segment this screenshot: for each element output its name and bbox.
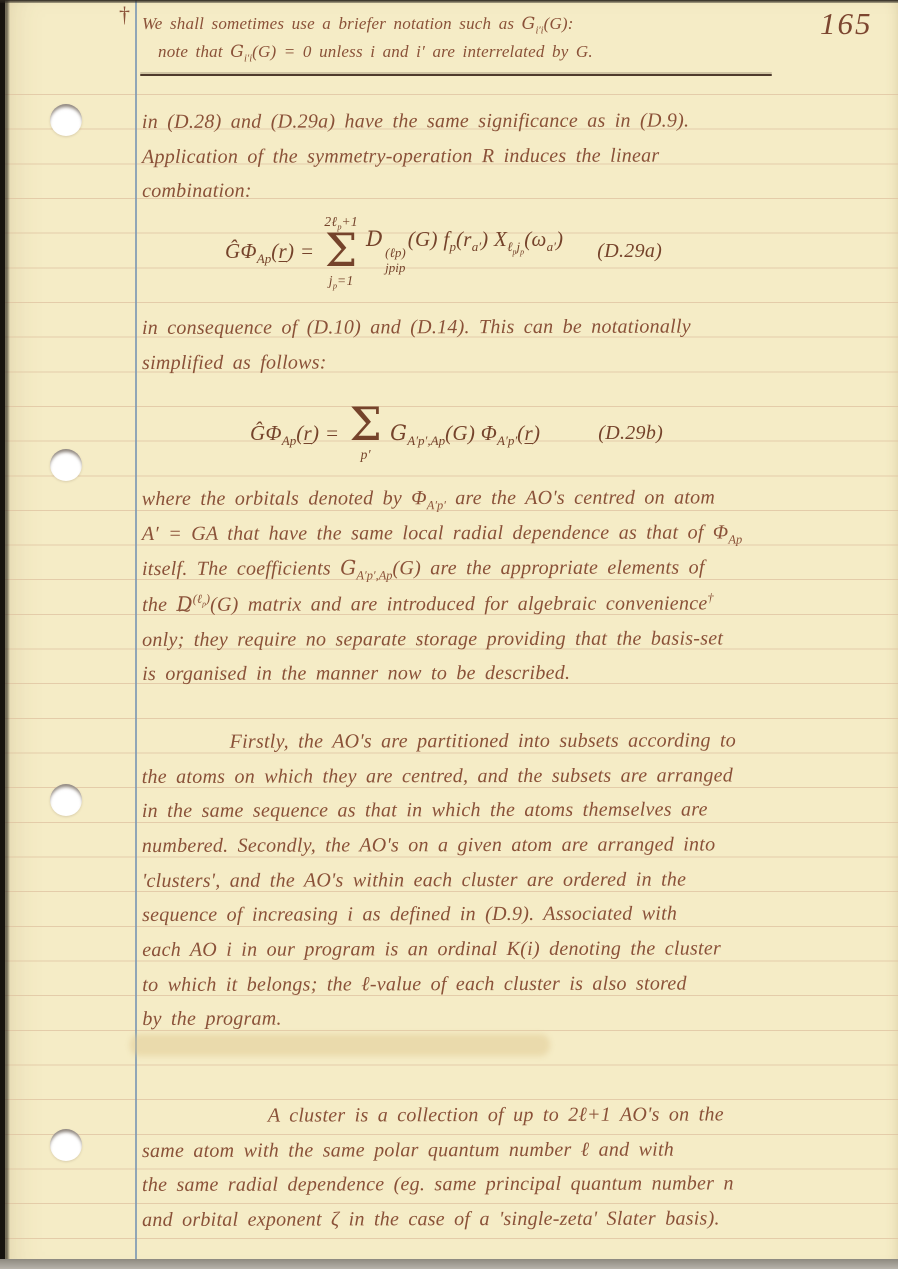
text-line: A′ = GA that have the same local radial …: [142, 515, 888, 552]
page-number: 165: [820, 6, 873, 42]
paragraph-firstly: Firstly, the AO's are partitioned into s…: [142, 723, 889, 1037]
scanned-notebook-page: 165 † We shall sometimes use a briefer n…: [0, 0, 898, 1269]
text-line: by the program.: [142, 1000, 888, 1037]
text-line: only; they require no separate storage p…: [142, 621, 888, 658]
text-line: to which it belongs; the ℓ-value of each…: [142, 966, 888, 1003]
text-line: numbered. Secondly, the AO's on a given …: [142, 827, 888, 864]
paragraph-orbitals: where the orbitals denoted by ΦA′p′ are …: [142, 480, 889, 692]
equation-rhs: D(ℓp)jpip(G) fp(ra′) Xℓpjp(ωa′): [366, 227, 563, 275]
text-line: Application of the symmetry-operation R …: [142, 138, 888, 175]
summation: Σ p′: [349, 403, 382, 462]
summation: 2ℓp+1 Σ jp=1: [324, 214, 358, 289]
text-line: where the orbitals denoted by ΦA′p′ are …: [142, 480, 888, 517]
text-line: A cluster is a collection of up to 2ℓ+1 …: [142, 1097, 888, 1134]
text-line: in consequence of (D.10) and (D.14). Thi…: [142, 309, 888, 346]
footnote-rule: [140, 74, 772, 76]
equation-rhs: GA′p′,Ap(G) ΦA′p′(r): [390, 421, 540, 446]
paragraph-intro: in (D.28) and (D.29a) have the same sign…: [142, 103, 888, 209]
text-line: same atom with the same polar quantum nu…: [142, 1132, 888, 1169]
punch-hole: [50, 449, 82, 481]
footnote-line: note that Gi′i(G) = 0 unless i and i′ ar…: [158, 38, 593, 66]
text-line: the same radial dependence (eg. same pri…: [142, 1166, 888, 1203]
text-line: the D~(ℓp)(G) matrix and are introduced …: [142, 585, 888, 623]
scan-edge-left: [0, 0, 10, 1269]
text-line: the atoms on which they are centred, and…: [142, 758, 888, 795]
punch-hole: [50, 1129, 82, 1161]
text-line: is organised in the manner now to be des…: [142, 655, 888, 692]
text-line: 'clusters', and the AO's within each clu…: [142, 862, 888, 899]
sum-lower-limit: p′: [361, 447, 371, 463]
sum-lower-limit: jp=1: [329, 273, 354, 289]
text-line: sequence of increasing i as defined in (…: [142, 896, 888, 933]
equation-d29b: ĜΦAp(r) = Σ p′ GA′p′,Ap(G) ΦA′p′(r) (D.2…: [250, 394, 663, 472]
sum-symbol: Σ: [325, 229, 358, 273]
text-line: Firstly, the AO's are partitioned into s…: [142, 723, 888, 760]
scan-edge-top: [0, 0, 898, 3]
text-line: each AO i in our program is an ordinal K…: [142, 931, 888, 968]
margin-line: [135, 0, 137, 1259]
equation-lhs: ĜΦAp(r) =: [250, 421, 339, 446]
text-line: itself. The coefficients GA′p′,Ap(G) are…: [142, 549, 888, 587]
paragraph-consequence: in consequence of (D.10) and (D.14). Thi…: [142, 309, 888, 380]
erased-smudge: [130, 1034, 550, 1056]
equation-label: (D.29a): [597, 240, 662, 263]
text-line: and orbital exponent ζ in the case of a …: [142, 1201, 888, 1238]
text-line: in (D.28) and (D.29a) have the same sign…: [142, 103, 888, 140]
equation-lhs: ĜΦAp(r) =: [225, 239, 314, 264]
footnote: We shall sometimes use a briefer notatio…: [142, 10, 593, 66]
equation-d29a: ĜΦAp(r) = 2ℓp+1 Σ jp=1 D(ℓp)jpip(G) fp(r…: [225, 198, 662, 304]
paragraph-cluster-definition: A cluster is a collection of up to 2ℓ+1 …: [142, 1097, 888, 1238]
sum-symbol: Σ: [349, 403, 382, 447]
footnote-line: We shall sometimes use a briefer notatio…: [142, 10, 593, 38]
scan-edge-bottom: [0, 1259, 898, 1269]
footnote-marker: †: [119, 2, 130, 28]
punch-hole: [50, 784, 82, 816]
equation-label: (D.29b): [598, 422, 663, 445]
text-line: simplified as follows:: [142, 344, 888, 381]
text-line: in the same sequence as that in which th…: [142, 792, 888, 829]
punch-hole: [50, 104, 82, 136]
